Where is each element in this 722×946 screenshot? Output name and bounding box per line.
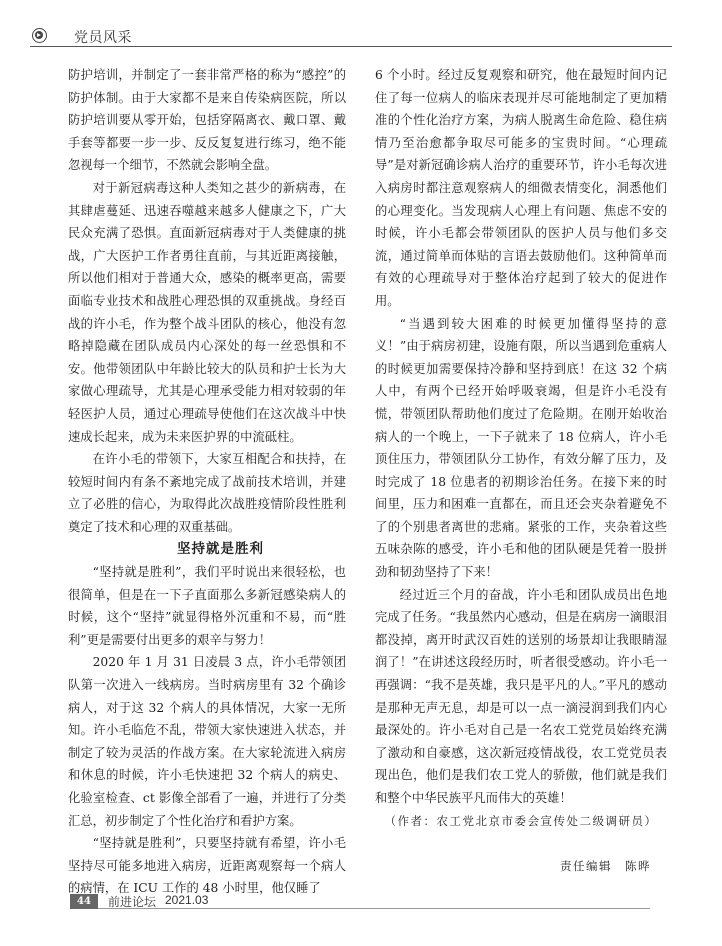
author-credit: （作者：农工党北京市委会宣传处二级调研员） [375,810,667,833]
paragraph: 对于新冠病毒这种人类知之甚少的新病毒，在其肆虐蔓延、迅速吞噬越来越多人健康之下，… [68,177,346,448]
section-heading: 坚持就是胜利 [68,538,346,561]
paragraph: “坚持就是胜利”，我们平时说出来很轻松，也很简单，但是在一下子直面那么多新冠感染… [68,561,346,651]
paragraph: 2020 年 1 月 31 日凌晨 3 点，许小毛带领团队第一次进入一线病房。当… [68,651,346,832]
paragraph: 经过近三个月的奋战，许小毛和团队成员出色地完成了任务。“我虽然内心感动，但是在病… [375,584,667,810]
responsible-editor: 责任编辑 陈晔 [560,858,651,874]
page-number: 44 [70,894,98,909]
page-footer: 44 前进论坛 2021.03 [70,893,650,909]
page-header: 党员风采 [30,28,672,47]
publication-name: 前进论坛 [108,893,156,910]
paragraph: “当遇到较大困难的时候更加懂得坚持的意义！”由于病房初建，设施有限，所以当遇到危… [375,313,667,584]
paragraph: 6 个小时。经过反复观察和研究，他在最短时间内记住了每一位病人的临床表现并尽可能… [375,64,667,313]
right-column: 6 个小时。经过反复观察和研究，他在最短时间内记住了每一位病人的临床表现并尽可能… [375,64,667,832]
left-column: 防护培训，并制定了一套非常严格的称为“感控”的防护体制。由于大家都不是来自传染病… [68,64,346,900]
issue-number: 2021.03 [165,893,208,907]
paragraph: 防护培训，并制定了一套非常严格的称为“感控”的防护体制。由于大家都不是来自传染病… [68,64,346,177]
section-label: 党员风采 [74,27,132,47]
arrow-circle-icon [32,28,47,43]
paragraph: 在许小毛的带领下，大家互相配合和扶持，在较短时间内有条不紊地完成了战前技术培训，… [68,448,346,538]
paragraph: “坚持就是胜利”，只要坚持就有希望，许小毛坚持尽可能多地进入病房，近距离观察每一… [68,832,346,900]
